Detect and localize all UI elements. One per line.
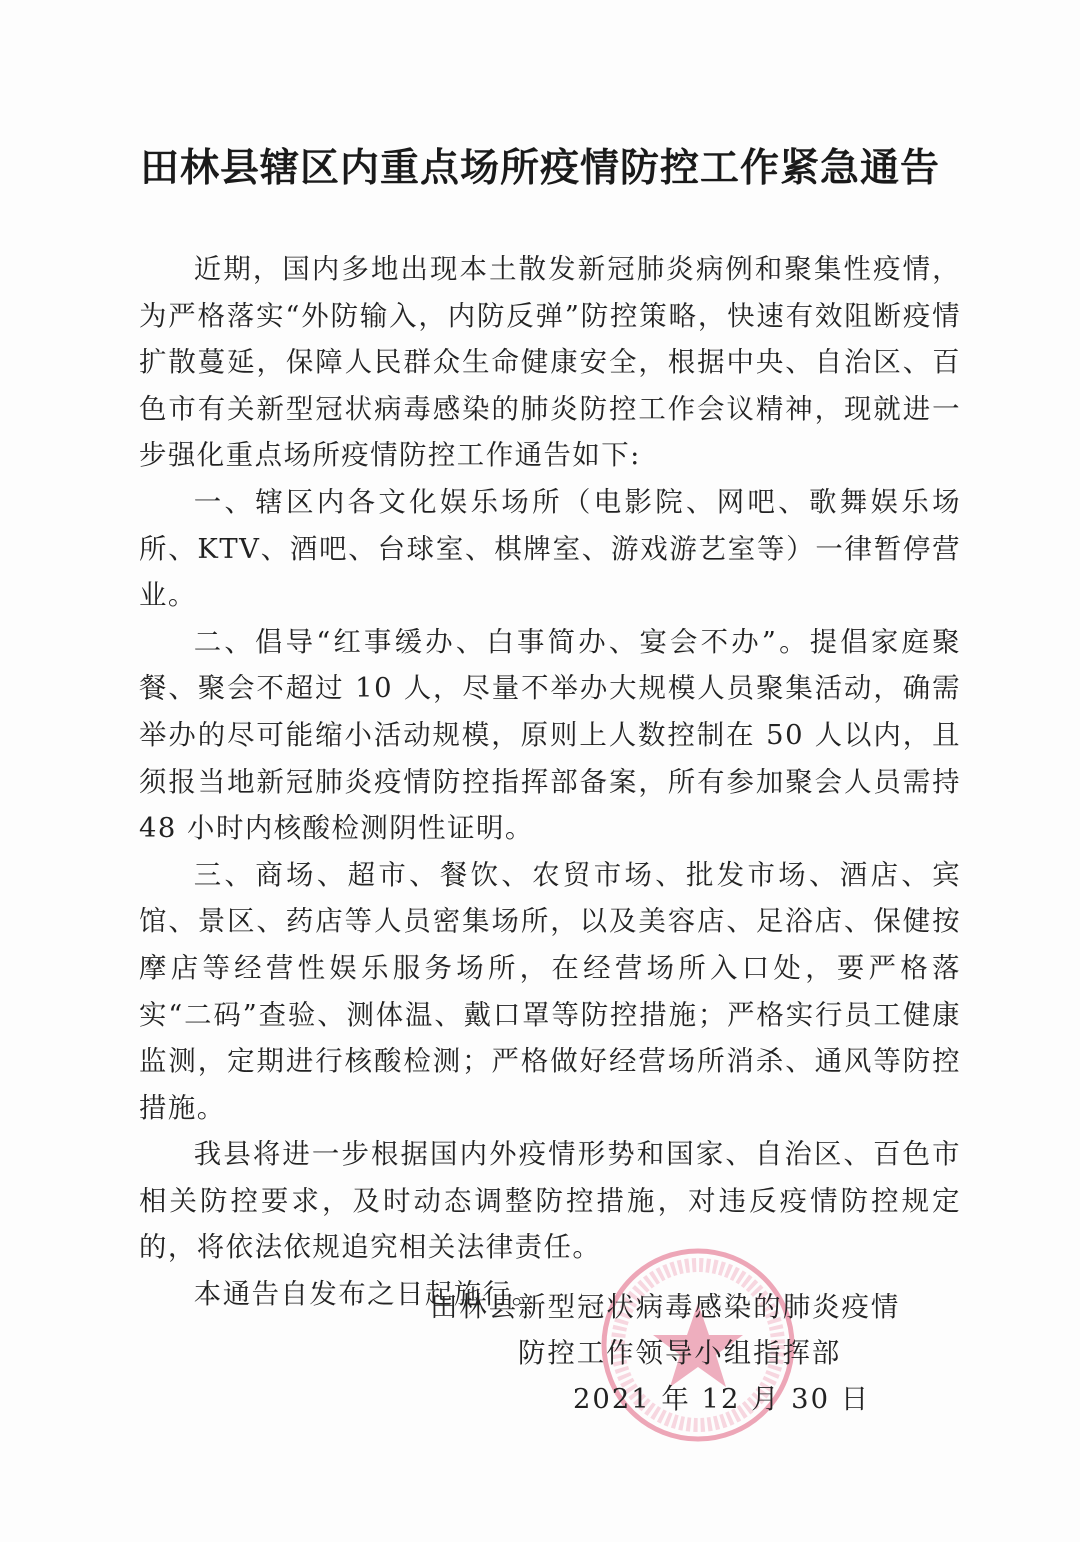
intro-paragraph: 近期，国内多地出现本土散发新冠肺炎病例和聚集性疫情，为严格落实“外防输入，内防反… xyxy=(139,247,961,480)
clause-two-paragraph: 二、倡导“红事缓办、白事简办、宴会不办”。提倡家庭聚餐、聚会不超过 10 人，尽… xyxy=(139,620,961,853)
document-title: 田林县辖区内重点场所疫情防控工作紧急通告 xyxy=(0,138,1080,198)
issuing-organization-line2: 防控工作领导小组指挥部 xyxy=(420,1331,920,1377)
clause-three-paragraph: 三、商场、超市、餐饮、农贸市场、批发市场、酒店、宾馆、景区、药店等人员密集场所，… xyxy=(139,853,961,1133)
clause-one-paragraph: 一、辖区内各文化娱乐场所（电影院、网吧、歌舞娱乐场所、KTV、酒吧、台球室、棋牌… xyxy=(139,480,961,620)
document-page: 田林县辖区内重点场所疫情防控工作紧急通告 近期，国内多地出现本土散发新冠肺炎病例… xyxy=(0,0,1080,1542)
issuing-organization-line1: 田林县新型冠状病毒感染的肺炎疫情 xyxy=(420,1285,920,1331)
enforcement-paragraph: 我县将进一步根据国内外疫情形势和国家、自治区、百色市相关防控要求，及时动态调整防… xyxy=(139,1132,961,1272)
issue-date: 2021 年 12 月 30 日 xyxy=(420,1377,920,1423)
document-body: 近期，国内多地出现本土散发新冠肺炎病例和聚集性疫情，为严格落实“外防输入，内防反… xyxy=(139,247,961,1319)
signature-block: 田林县新型冠状病毒感染的肺炎疫情 防控工作领导小组指挥部 2021 年 12 月… xyxy=(420,1285,920,1423)
